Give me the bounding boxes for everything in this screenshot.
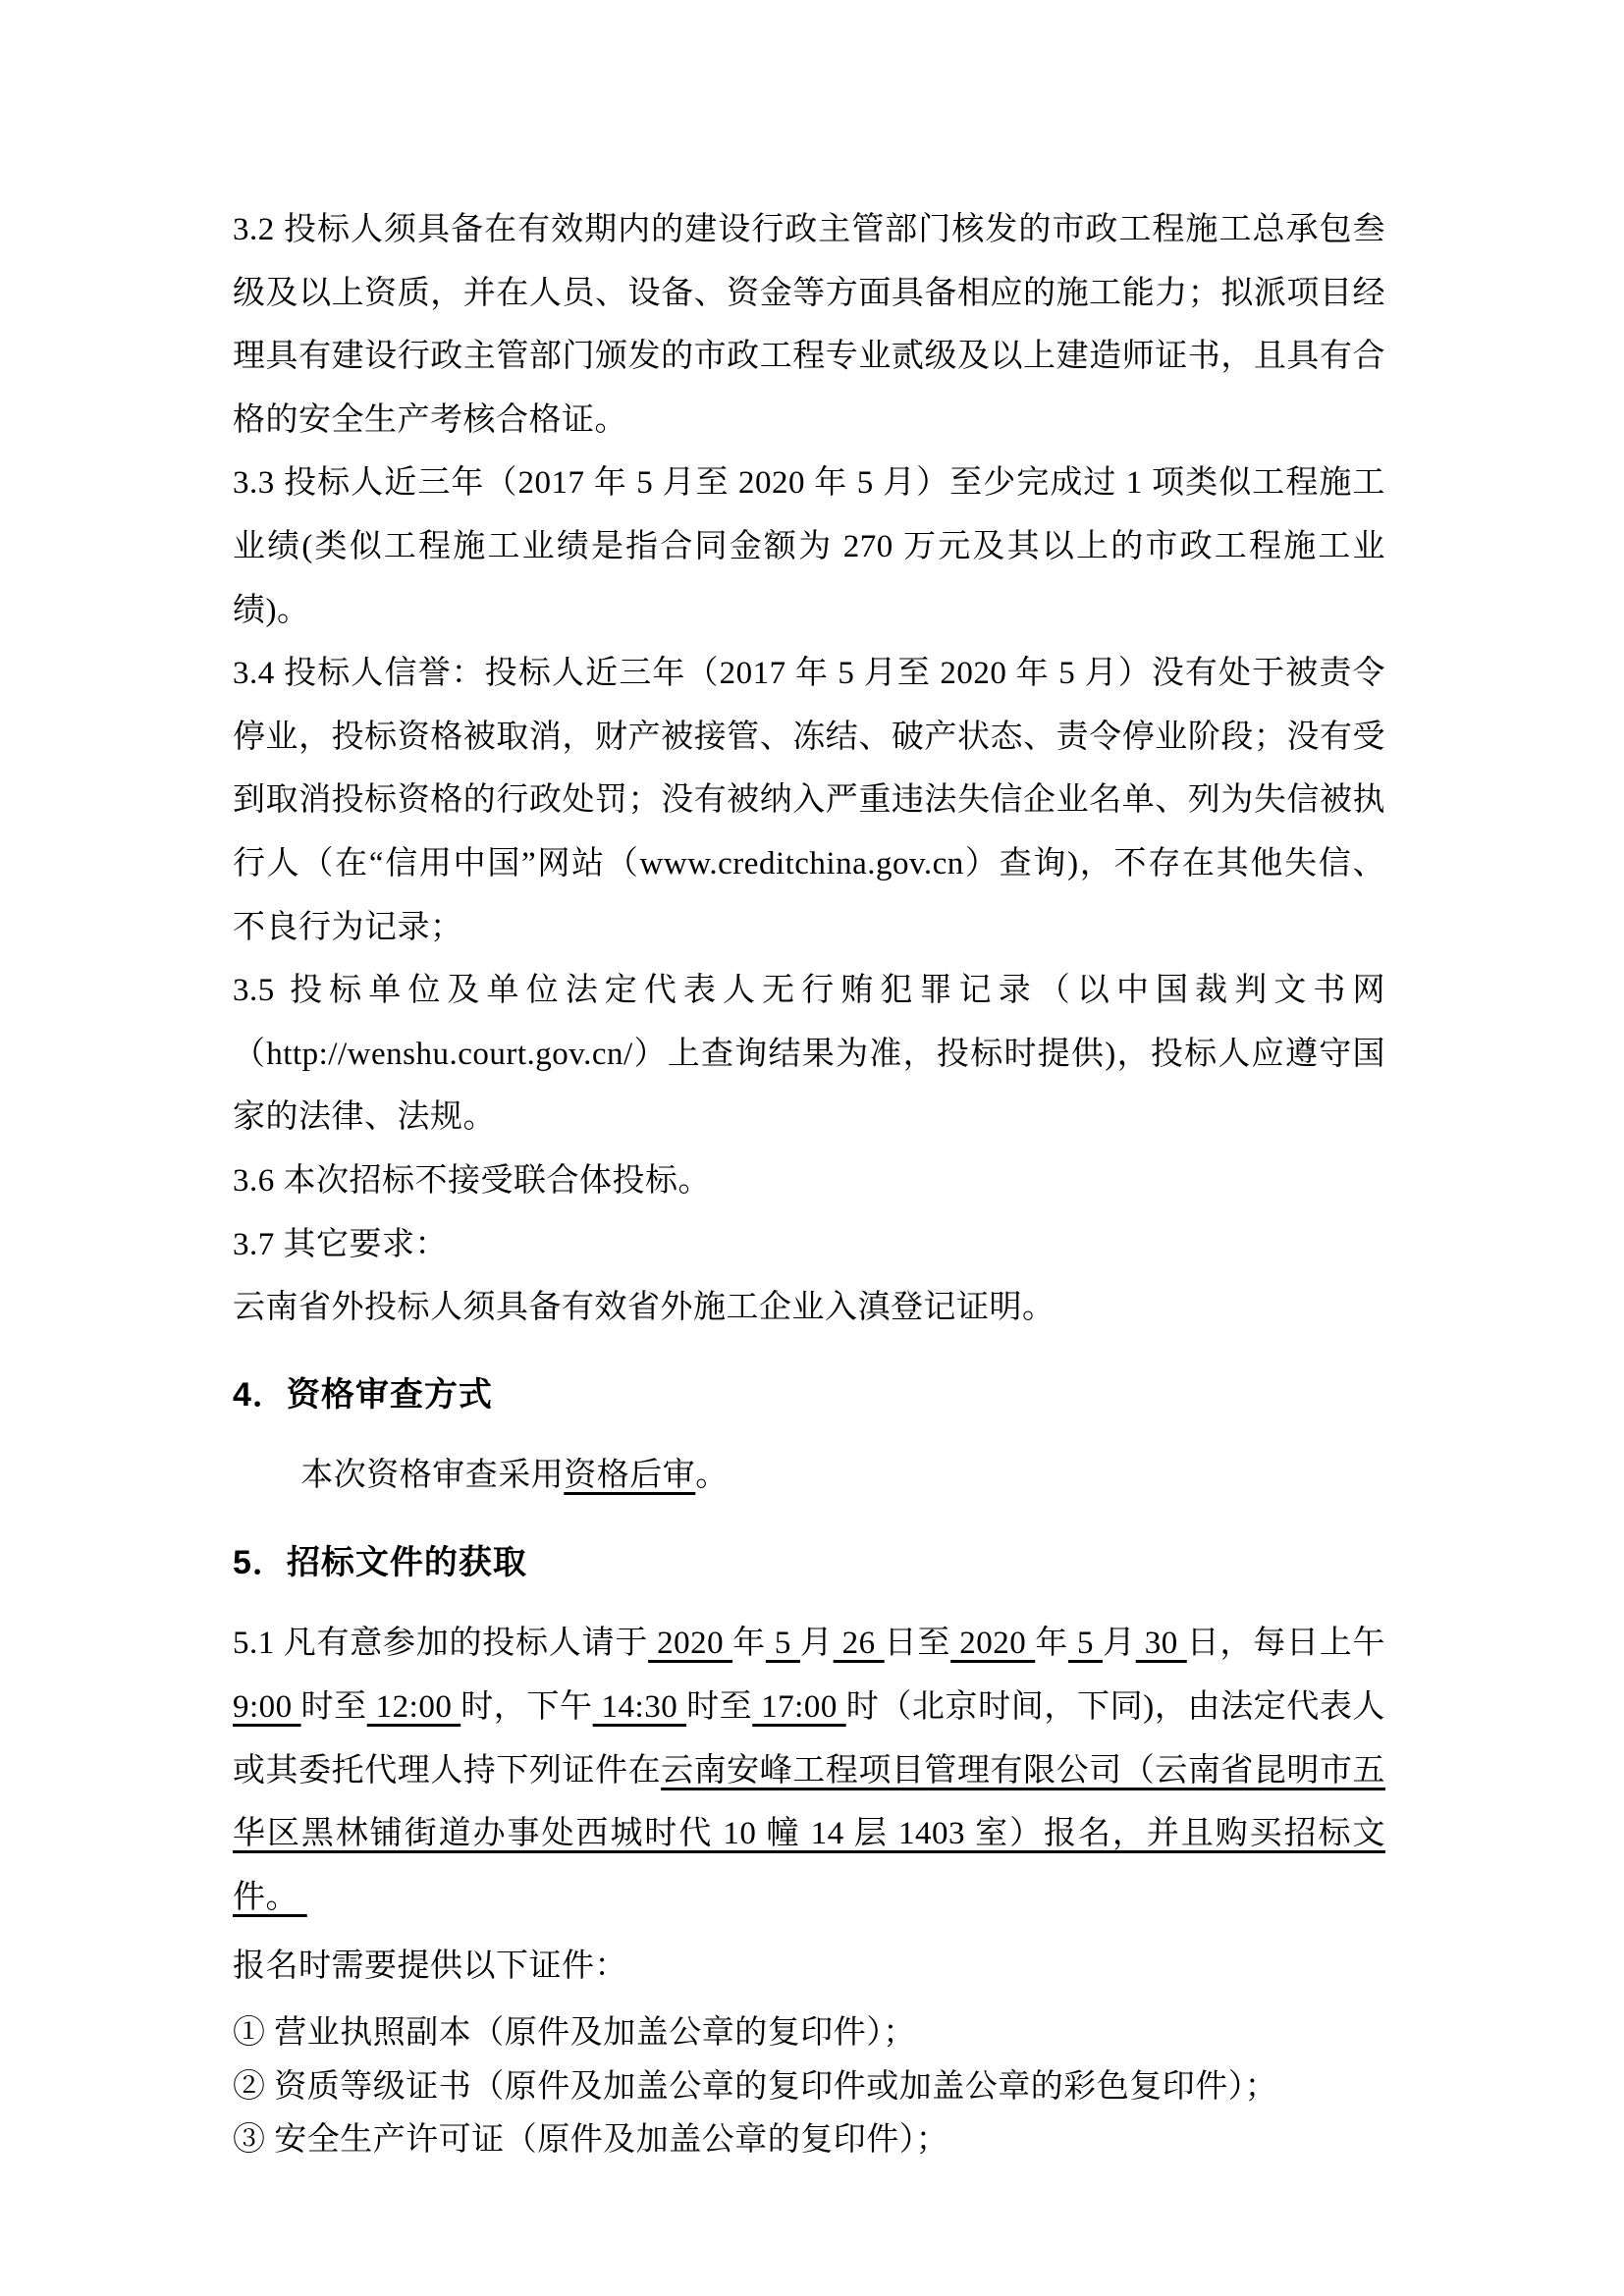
underlined-text: 9:00 <box>233 1689 301 1725</box>
text-segment: 日至 <box>885 1626 951 1661</box>
underlined-text: 5 <box>1068 1626 1103 1661</box>
text-segment: 时，下午 <box>460 1689 592 1725</box>
underlined-text: 12:00 <box>367 1689 460 1725</box>
text-segment: 月 <box>800 1626 834 1661</box>
text-segment: ③ 安全生产许可证（原件及加盖公章的复印件）； <box>233 2122 948 2158</box>
section-4-body: 本次资格审查采用资格后审。 <box>233 1444 1385 1508</box>
text-segment: 3.5 投标单位及单位法定代表人无行贿犯罪记录（以中国裁判文书网 <box>233 973 1385 1008</box>
text-segment: 日，每日上午 <box>1187 1626 1385 1661</box>
text-segment: 3.6 本次招标不接受联合体投标。 <box>233 1163 711 1199</box>
heading-4: 4．资格审查方式 <box>233 1363 1385 1427</box>
text-segment: 云南省外投标人须具备有效省外施工企业入滇登记证明。 <box>233 1290 1056 1325</box>
text-segment: ① 营业执照副本（原件及加盖公章的复印件）； <box>233 2015 916 2051</box>
text-segment: 3.2 投标人须具备在有效期内的建设行政主管部门核发的市政工程施工总承包叁级及以… <box>233 212 1385 438</box>
underlined-text: 2020 <box>950 1626 1035 1661</box>
underlined-text: 14:30 <box>593 1689 686 1725</box>
text-segment: （http://wenshu.court.gov.cn/） <box>233 1037 668 1072</box>
text-segment: 本次资格审查采用 <box>300 1458 564 1493</box>
text-segment: ② 资质等级证书（原件及加盖公章的复印件或加盖公章的彩色复印件）； <box>233 2069 1277 2105</box>
text-segment: 。 <box>695 1458 729 1493</box>
section-3-7: 3.7 其它要求： <box>233 1213 1385 1277</box>
certificate-item-1: ① 营业执照副本（原件及加盖公章的复印件）； <box>233 2006 1385 2060</box>
text-segment: 时至 <box>301 1689 367 1725</box>
text-segment: 5.1 凡有意参加的投标人请于 <box>233 1626 648 1661</box>
text-segment: 年 <box>1035 1626 1068 1661</box>
section-3-7-note: 云南省外投标人须具备有效省外施工企业入滇登记证明。 <box>233 1276 1385 1340</box>
certificate-item-3: ③ 安全生产许可证（原件及加盖公章的复印件）； <box>233 2113 1385 2167</box>
underlined-text: 资格后审 <box>564 1458 695 1493</box>
certificate-item-2: ② 资质等级证书（原件及加盖公章的复印件或加盖公章的彩色复印件）； <box>233 2060 1385 2114</box>
section-3-3: 3.3 投标人近三年（2017 年 5 月至 2020 年 5 月）至少完成过 … <box>233 452 1385 642</box>
text-segment: 4．资格审查方式 <box>233 1376 493 1414</box>
section-3-4: 3.4 投标人信誉：投标人近三年（2017 年 5 月至 2020 年 5 月）… <box>233 642 1385 959</box>
underlined-text: 26 <box>834 1626 885 1661</box>
text-segment: 3.7 其它要求： <box>233 1227 448 1262</box>
section-3-5: 3.5 投标单位及单位法定代表人无行贿犯罪记录（以中国裁判文书网（http://… <box>233 959 1385 1149</box>
text-segment: 月 <box>1103 1626 1136 1661</box>
text-segment: 5．招标文件的获取 <box>233 1544 527 1581</box>
underlined-text: 2020 <box>648 1626 732 1661</box>
text-segment: 年 <box>732 1626 766 1661</box>
document-page: 3.2 投标人须具备在有效期内的建设行政主管部门核发的市政工程施工总承包叁级及以… <box>0 0 1624 2296</box>
section-3-2: 3.2 投标人须具备在有效期内的建设行政主管部门核发的市政工程施工总承包叁级及以… <box>233 198 1385 452</box>
heading-5: 5．招标文件的获取 <box>233 1531 1385 1595</box>
text-segment: 3.3 投标人近三年（2017 年 5 月至 2020 年 5 月）至少完成过 … <box>233 465 1385 627</box>
underlined-text: 30 <box>1136 1626 1187 1661</box>
document-content: 3.2 投标人须具备在有效期内的建设行政主管部门核发的市政工程施工总承包叁级及以… <box>233 198 1385 2167</box>
underlined-text: 17:00 <box>752 1689 845 1725</box>
registration-note: 报名时需要提供以下证件： <box>233 1935 1385 1999</box>
text-segment: 时至 <box>686 1689 752 1725</box>
text-segment: （www.creditchina.gov.cn） <box>606 846 1000 881</box>
text-segment: 报名时需要提供以下证件： <box>233 1949 627 1984</box>
section-3-6: 3.6 本次招标不接受联合体投标。 <box>233 1149 1385 1213</box>
underlined-text: 5 <box>766 1626 800 1661</box>
section-5-1: 5.1 凡有意参加的投标人请于 2020 年 5 月 26 日至 2020 年 … <box>233 1612 1385 1929</box>
